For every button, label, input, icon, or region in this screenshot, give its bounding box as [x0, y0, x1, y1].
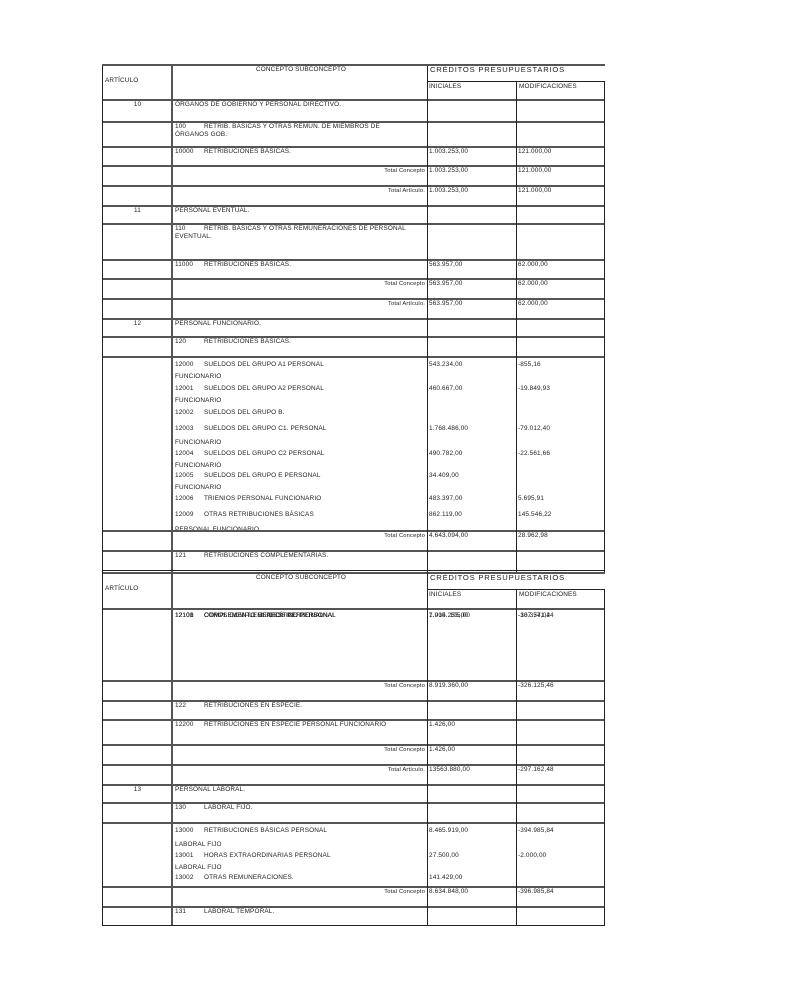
table-row-total_concepto: Total Concepto1.003.253,00121.000,00 [102, 165, 605, 185]
subconcepto-code: 13001 [175, 852, 194, 860]
subconcepto-code: 12006 [175, 495, 194, 503]
total-articulo-label: Total Artículo. [388, 187, 425, 195]
total-concepto-label: Total Concepto [384, 746, 425, 754]
modificaciones-cell: -297.162,48 [516, 764, 605, 784]
total-iniciales-value: 1.003.253,00 [429, 167, 468, 175]
articulo-cell [102, 680, 171, 700]
subconcepto-code: 13000 [175, 827, 194, 835]
total-concepto-label: Total Concepto [384, 682, 425, 690]
concepto-cell: Total Artículo. [171, 185, 427, 205]
concepto-description: RETRIBUCIONES COMPLEMENTARIAS. [204, 552, 328, 560]
table-row-total_articulo: Total Artículo.13563.880,00-297.162,48 [102, 764, 605, 784]
articulo-cell [102, 259, 171, 278]
concepto-code: 121 [175, 552, 186, 560]
concepto-code: 110 [175, 225, 186, 233]
articulo-cell [102, 700, 171, 719]
iniciales-value: 141.429,00 [429, 874, 462, 882]
modificaciones-value: -855,16 [518, 361, 541, 369]
header-concepto: CONCEPTO SUBCONCEPTO [173, 66, 429, 74]
iniciales-cell: 1.003.253,00 [427, 146, 516, 165]
table-row-total_concepto: Total Concepto4.643.094,0028.962,98 [102, 530, 605, 550]
row-divider [102, 925, 605, 926]
subconcepto-description-cont: FUNCIONARIO [175, 439, 221, 447]
modificaciones-value: -79.012,40 [518, 425, 550, 433]
header-articulo-cell: ARTÍCULO [102, 572, 171, 608]
modificaciones-cell: 28.962,98 [516, 530, 605, 550]
modificaciones-cell: 62.000,00 [516, 259, 605, 278]
table-row-group: 13000RETRIBUCIONES BÁSICAS PERSONALLABOR… [102, 822, 605, 886]
table-row-articulo: 13PERSONAL LABORAL. [102, 784, 605, 802]
concepto-description-cont: ÓRGANOS GOB. [175, 131, 227, 139]
articulo-description: PERSONAL LABORAL. [175, 786, 245, 794]
modificaciones-value: -19.849,93 [518, 385, 550, 393]
table-row-concepto: 130LABORAL FIJO. [102, 802, 605, 822]
table-row-concepto: 110RETRIB. BÁSICAS Y OTRAS REMUNERACIONE… [102, 223, 605, 259]
modificaciones-cell: 121.000,00 [516, 165, 605, 185]
total-iniciales-value: 1.426,00 [429, 746, 455, 754]
articulo-cell [102, 719, 171, 744]
articulo-cell [102, 886, 171, 906]
articulo-cell: 13 [102, 784, 171, 802]
subconcepto-description: OTRAS REMUNERACIONES. [204, 874, 294, 882]
subconcepto-description: SUELDOS DEL GRUPO C1. PERSONAL [204, 425, 327, 433]
iniciales-cell: 563.957,00 [427, 298, 516, 318]
subconcepto-description: RETRIBUCIONES EN ESPECIE PERSONAL FUNCIO… [204, 721, 386, 729]
total-iniciales-value: 8.919.360,00 [429, 682, 468, 690]
header-creditos: CRÉDITOS PRESUPUESTARIOS [430, 66, 565, 74]
subconcepto-description: SUELDOS DEL GRUPO A2 PERSONAL [204, 385, 324, 393]
subconcepto-description: RETRIBUCIONES BÁSICAS. [204, 148, 291, 156]
iniciales-cell: 1.003.253,00 [427, 165, 516, 185]
modificaciones-cell: 121.000,00 [516, 185, 605, 205]
articulo-number: 12 [103, 320, 172, 328]
articulo-cell [102, 336, 171, 356]
iniciales-cell [427, 318, 516, 336]
total-concepto-label: Total Concepto [384, 167, 425, 175]
header-concepto-cell: CONCEPTO SUBCONCEPTO [171, 572, 427, 608]
articulo-cell [102, 223, 171, 259]
articulo-number: 13 [103, 786, 172, 794]
modificaciones-cell: -18.354,02-307.771,44 [516, 608, 605, 680]
total-concepto-label: Total Concepto [384, 532, 425, 540]
subconcepto-code: 12001 [175, 385, 194, 393]
modificaciones-cell [516, 700, 605, 719]
table-header: ARTÍCULOCONCEPTO SUBCONCEPTOCRÉDITOS PRE… [102, 64, 605, 99]
row-divider [102, 64, 605, 66]
modificaciones-value: -394.985,84 [518, 827, 554, 835]
articulo-cell [102, 802, 171, 822]
iniciales-cell [427, 550, 516, 572]
concepto-description: LABORAL TEMPORAL. [204, 908, 274, 916]
concepto-cell: 121RETRIBUCIONES COMPLEMENTARIAS. [171, 550, 427, 572]
iniciales-cell [427, 802, 516, 822]
total-modificaciones-value: 62.000,00 [518, 300, 548, 308]
table-row-total_articulo: Total Artículo.1.003.253,00121.000,00 [102, 185, 605, 205]
concepto-cell: 12100COMPLEMENTO DE DESTINO PERSONAL1210… [171, 608, 427, 680]
header-modificaciones-cell: MODIFICACIONES [516, 589, 605, 608]
iniciales-cell: 563.957,00 [427, 259, 516, 278]
modificaciones-cell: 62.000,00 [516, 298, 605, 318]
concepto-cell: 131LABORAL TEMPORAL. [171, 906, 427, 925]
subconcepto-description-cont: FUNCIONARIO [175, 397, 221, 405]
header-modificaciones-cell: MODIFICACIONES [516, 81, 605, 99]
subconcepto-code: 12103 [175, 612, 194, 620]
concepto-code: 100 [175, 123, 186, 131]
total-concepto-label: Total Concepto [384, 888, 425, 896]
header-concepto: CONCEPTO SUBCONCEPTO [173, 574, 429, 582]
iniciales-cell [427, 99, 516, 121]
iniciales-value: 1.003.253,00 [429, 148, 468, 156]
table-row-total_concepto: Total Concepto563.957,0062.000,00 [102, 278, 605, 298]
subconcepto-code: 12003 [175, 425, 194, 433]
total-modificaciones-value: 62.000,00 [518, 280, 548, 288]
subconcepto-description: RETRIBUCIONES BÁSICAS PERSONAL [204, 827, 327, 835]
concepto-cell: 120RETRIBUCIONES BÁSICAS. [171, 336, 427, 356]
concepto-cell: Total Concepto [171, 886, 427, 906]
iniciales-cell: 563.957,00 [427, 278, 516, 298]
articulo-number: 10 [103, 101, 172, 109]
subconcepto-description: SUELDOS DEL GRUPO E PERSONAL [204, 472, 321, 480]
modificaciones-cell [516, 205, 605, 223]
concepto-description: RETRIB. BÁSICAS Y OTRAS REMUNERACIONES D… [204, 225, 406, 233]
total-iniciales-value: 563.957,00 [429, 300, 462, 308]
iniciales-cell: 1.426,00 [427, 719, 516, 744]
modificaciones-cell: 62.000,00 [516, 278, 605, 298]
iniciales-value: 27.500,00 [429, 852, 459, 860]
iniciales-cell: 1.003.253,00 [427, 185, 516, 205]
subconcepto-description: TRIENIOS PERSONAL FUNCIONARIO [204, 495, 321, 503]
modificaciones-cell [516, 121, 605, 146]
concepto-cell: Total Concepto [171, 278, 427, 298]
concepto-cell: Total Artículo. [171, 298, 427, 318]
modificaciones-value: 145.546,22 [518, 511, 551, 519]
subconcepto-description-cont: FUNCIONARIO [175, 462, 221, 470]
table-row-total_concepto: Total Concepto1.426,00 [102, 744, 605, 764]
total-iniciales-value: 4.643.094,00 [429, 532, 468, 540]
modificaciones-value: -307.771,44 [518, 612, 554, 620]
iniciales-cell [427, 121, 516, 146]
table-row-group: 12100COMPLEMENTO DE DESTINO PERSONAL1210… [102, 608, 605, 680]
concepto-cell: 12200RETRIBUCIONES EN ESPECIE PERSONAL F… [171, 719, 427, 744]
subconcepto-code: 12200 [175, 721, 194, 729]
table-row-articulo: 10ÓRGANOS DE GOBIERNO Y PERSONAL DIRECTI… [102, 99, 605, 121]
subconcepto-code: 13002 [175, 874, 194, 882]
concepto-cell: Total Artículo. [171, 764, 427, 784]
iniciales-value: 460.667,00 [429, 385, 462, 393]
modificaciones-value: -2.000,00 [518, 852, 546, 860]
articulo-cell [102, 356, 171, 530]
concepto-cell: 110RETRIB. BÁSICAS Y OTRAS REMUNERACIONE… [171, 223, 427, 259]
total-modificaciones-value: 28.962,98 [518, 532, 548, 540]
subconcepto-description-cont: LABORAL FIJO [175, 841, 222, 849]
header-articulo-cell: ARTÍCULO [102, 64, 171, 99]
articulo-cell [102, 530, 171, 550]
modificaciones-cell [516, 99, 605, 121]
header-concepto-cell: CONCEPTO SUBCONCEPTO [171, 64, 427, 99]
header-iniciales-cell: INICIALES [427, 81, 516, 99]
iniciales-cell: 8.634.848,00 [427, 886, 516, 906]
total-modificaciones-value: -297.162,48 [518, 766, 554, 774]
table-row-total_concepto: Total Concepto8.919.360,00-326.125,46 [102, 680, 605, 700]
articulo-cell [102, 608, 171, 680]
total-articulo-label: Total Artículo. [388, 766, 425, 774]
subconcepto-code: 12004 [175, 450, 194, 458]
iniciales-cell [427, 223, 516, 259]
iniciales-cell: 1.905.255,007.014..105,00 [427, 608, 516, 680]
concepto-cell: Total Concepto [171, 530, 427, 550]
subconcepto-code: 10000 [175, 148, 194, 156]
concepto-cell: 100RETRIB. BÁSICAS Y OTRAS REMUN. DE MIE… [171, 121, 427, 146]
articulo-description: PERSONAL EVENTUAL. [175, 207, 250, 215]
modificaciones-cell: -855,16-19.849,93-79.012,40-22.561,665.6… [516, 356, 605, 530]
iniciales-cell: 543.234,00460.667,001.768.486,00490.782,… [427, 356, 516, 530]
concepto-cell: 12000SUELDOS DEL GRUPO A1 PERSONALFUNCIO… [171, 356, 427, 530]
concepto-cell: ÓRGANOS DE GOBIERNO Y PERSONAL DIRECTIVO… [171, 99, 427, 121]
header-iniciales: INICIALES [429, 591, 461, 599]
subconcepto-description: SUELDOS DEL GRUPO A1 PERSONAL [204, 361, 324, 369]
header-articulo: ARTÍCULO [105, 77, 138, 85]
articulo-cell [102, 278, 171, 298]
subconcepto-description: SUELDOS DEL GRUPO B. [204, 409, 285, 417]
total-concepto-label: Total Concepto [384, 280, 425, 288]
modificaciones-cell [516, 744, 605, 764]
total-modificaciones-value: 121.000,00 [518, 167, 551, 175]
concepto-code: 120 [175, 338, 186, 346]
subconcepto-code: 12005 [175, 472, 194, 480]
header-articulo: ARTÍCULO [105, 585, 138, 593]
articulo-description: ÓRGANOS DE GOBIERNO Y PERSONAL DIRECTIVO… [175, 101, 341, 109]
subconcepto-description-cont: LABORAL FIJO [175, 864, 222, 872]
concepto-description: LABORAL FIJO. [204, 804, 253, 812]
concepto-description: RETRIBUCIONES EN ESPECIE. [204, 702, 302, 710]
modificaciones-cell [516, 719, 605, 744]
iniciales-value: 543.234,00 [429, 361, 462, 369]
row-divider [102, 570, 605, 571]
iniciales-cell: 4.643.094,00 [427, 530, 516, 550]
iniciales-cell: 8.919.360,00 [427, 680, 516, 700]
table-row-concepto: 131LABORAL TEMPORAL. [102, 906, 605, 925]
concepto-cell: 10000RETRIBUCIONES BÁSICAS. [171, 146, 427, 165]
table-row-sub: 12200RETRIBUCIONES EN ESPECIE PERSONAL F… [102, 719, 605, 744]
subconcepto-description: HORAS EXTRAORDINARIAS PERSONAL [204, 852, 331, 860]
table-row-concepto: 121RETRIBUCIONES COMPLEMENTARIAS. [102, 550, 605, 572]
modificaciones-cell [516, 550, 605, 572]
subconcepto-description: OTROS COMPLEMENTOS PERSONAL [204, 612, 323, 620]
table-row-sub: 10000RETRIBUCIONES BÁSICAS.1.003.253,001… [102, 146, 605, 165]
subconcepto-code: 12009 [175, 511, 194, 519]
modificaciones-cell [516, 802, 605, 822]
subconcepto-description-cont: FUNCIONARIO [175, 484, 221, 492]
concepto-code: 122 [175, 702, 186, 710]
concepto-cell: PERSONAL EVENTUAL. [171, 205, 427, 223]
table-row-concepto: 122RETRIBUCIONES EN ESPECIE. [102, 700, 605, 719]
concepto-cell: PERSONAL LABORAL. [171, 784, 427, 802]
budget-table-page: ARTÍCULOCONCEPTO SUBCONCEPTOCRÉDITOS PRE… [0, 0, 792, 1000]
table-row-total_concepto: Total Concepto8.634.848,00-396.985,84 [102, 886, 605, 906]
articulo-cell [102, 298, 171, 318]
iniciales-value: 1.426,00 [429, 721, 455, 729]
articulo-description: PERSONAL FUNCIONARIO. [175, 320, 261, 328]
modificaciones-cell: 121.000,00 [516, 146, 605, 165]
concepto-description-cont: EVENTUAL. [175, 233, 212, 241]
concepto-cell: 13000RETRIBUCIONES BÁSICAS PERSONALLABOR… [171, 822, 427, 886]
iniciales-value: 8.465.919,00 [429, 827, 468, 835]
concepto-code: 131 [175, 908, 186, 916]
articulo-cell [102, 822, 171, 886]
articulo-cell [102, 764, 171, 784]
table-row-concepto: 120RETRIBUCIONES BÁSICAS. [102, 336, 605, 356]
articulo-cell [102, 550, 171, 572]
table-row-articulo: 11PERSONAL EVENTUAL. [102, 205, 605, 223]
concepto-cell: 130LABORAL FIJO. [171, 802, 427, 822]
total-modificaciones-value: -396.985,84 [518, 888, 554, 896]
iniciales-cell [427, 205, 516, 223]
modificaciones-cell: -394.985,84-2.000,00 [516, 822, 605, 886]
iniciales-cell: 13563.880,00 [427, 764, 516, 784]
iniciales-value: 1.768.486,00 [429, 425, 468, 433]
header-iniciales: INICIALES [429, 83, 461, 91]
total-iniciales-value: 563.957,00 [429, 280, 462, 288]
articulo-cell: 11 [102, 205, 171, 223]
table-row-concepto: 100RETRIB. BÁSICAS Y OTRAS REMUN. DE MIE… [102, 121, 605, 146]
iniciales-value: 483.397,00 [429, 495, 462, 503]
subconcepto-code: 11000 [175, 261, 193, 269]
modificaciones-cell [516, 223, 605, 259]
articulo-cell: 12 [102, 318, 171, 336]
modificaciones-cell [516, 906, 605, 925]
concepto-cell: Total Concepto [171, 165, 427, 185]
concepto-code: 130 [175, 804, 186, 812]
modificaciones-value: 62.000,00 [518, 261, 548, 269]
table-row-articulo: 12PERSONAL FUNCIONARIO. [102, 318, 605, 336]
iniciales-value: 7.014..105,00 [429, 612, 470, 620]
concepto-description: RETRIB. BÁSICAS Y OTRAS REMUN. DE MIEMBR… [204, 123, 380, 131]
subconcepto-description-cont: FUNCIONARIO [175, 373, 221, 381]
total-iniciales-value: 8.634.848,00 [429, 888, 468, 896]
modificaciones-value: 5.695,91 [518, 495, 544, 503]
articulo-cell [102, 744, 171, 764]
table-row-group: 12000SUELDOS DEL GRUPO A1 PERSONALFUNCIO… [102, 356, 605, 530]
table-row-total_articulo: Total Artículo.563.957,0062.000,00 [102, 298, 605, 318]
concepto-description: RETRIBUCIONES BÁSICAS. [204, 338, 291, 346]
modificaciones-cell: -396.985,84 [516, 886, 605, 906]
iniciales-cell [427, 700, 516, 719]
concepto-cell: 11000RETRIBUCIONES BÁSICAS. [171, 259, 427, 278]
table-row-sub: 11000RETRIBUCIONES BÁSICAS.563.957,0062.… [102, 259, 605, 278]
total-articulo-label: Total Artículo. [388, 300, 425, 308]
iniciales-cell: 8.465.919,0027.500,00141.429,00 [427, 822, 516, 886]
articulo-cell [102, 146, 171, 165]
iniciales-cell [427, 336, 516, 356]
iniciales-cell [427, 906, 516, 925]
subconcepto-code: 12002 [175, 409, 194, 417]
iniciales-value: 34.409,00 [429, 472, 459, 480]
modificaciones-cell [516, 784, 605, 802]
subconcepto-description: SUELDOS DEL GRUPO C2 PERSONAL [204, 450, 325, 458]
header-modificaciones: MODIFICACIONES [519, 591, 577, 599]
iniciales-value: 490.782,00 [429, 450, 462, 458]
articulo-cell [102, 185, 171, 205]
iniciales-value: 862.119,00 [429, 511, 462, 519]
articulo-cell [102, 165, 171, 185]
header-creditos: CRÉDITOS PRESUPUESTARIOS [430, 574, 565, 582]
concepto-cell: PERSONAL FUNCIONARIO. [171, 318, 427, 336]
concepto-cell: Total Concepto [171, 744, 427, 764]
iniciales-cell: 1.426,00 [427, 744, 516, 764]
iniciales-value: 563.957,00 [429, 261, 462, 269]
articulo-cell: 10 [102, 99, 171, 121]
total-iniciales-value: 13563.880,00 [429, 766, 470, 774]
modificaciones-cell: -326.125,46 [516, 680, 605, 700]
header-modificaciones: MODIFICACIONES [519, 83, 577, 91]
modificaciones-cell [516, 336, 605, 356]
iniciales-cell [427, 784, 516, 802]
modificaciones-value: -22.561,66 [518, 450, 550, 458]
total-modificaciones-value: 121.000,00 [518, 187, 551, 195]
subconcepto-description: RETRIBUCIONES BÁSICAS. [204, 261, 291, 269]
subconcepto-description: OTRAS RETRIBUCIONES BÁSICAS [204, 511, 314, 519]
total-modificaciones-value: -326.125,46 [518, 682, 554, 690]
modificaciones-cell [516, 318, 605, 336]
articulo-cell [102, 121, 171, 146]
modificaciones-value: 121.000,00 [518, 148, 551, 156]
table-header: ARTÍCULOCONCEPTO SUBCONCEPTOCRÉDITOS PRE… [102, 572, 605, 608]
header-iniciales-cell: INICIALES [427, 589, 516, 608]
concepto-cell: 122RETRIBUCIONES EN ESPECIE. [171, 700, 427, 719]
subconcepto-code: 12000 [175, 361, 194, 369]
total-iniciales-value: 1.003.253,00 [429, 187, 468, 195]
articulo-number: 11 [103, 207, 172, 215]
concepto-cell: Total Concepto [171, 680, 427, 700]
articulo-cell [102, 906, 171, 925]
